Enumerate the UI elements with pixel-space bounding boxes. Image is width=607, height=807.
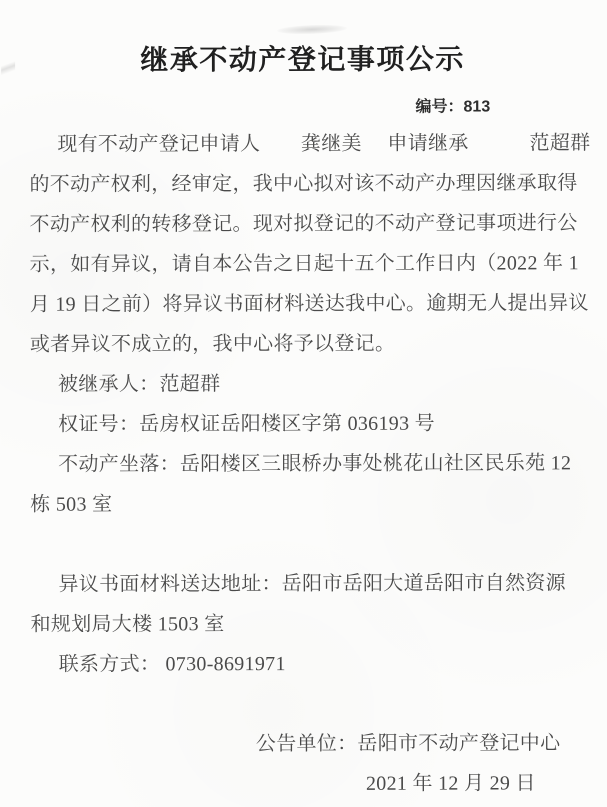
certificate-number-line: 权证号：岳房权证岳阳楼区字第 036193 号 bbox=[30, 403, 577, 444]
contact-line: 联系方式： 0730-8691971 bbox=[31, 643, 578, 684]
property-location-line: 不动产坐落：岳阳楼区三眼桥办事处桃花山社区民乐苑 12 bbox=[30, 443, 577, 484]
notice-body-line: 或者异议不成立的，我中心将予以登记。 bbox=[30, 323, 577, 364]
property-location-line-2: 栋 503 室 bbox=[30, 483, 577, 524]
scan-edge-artifact bbox=[1, 49, 15, 87]
decedent-line: 被继承人：范超群 bbox=[30, 363, 577, 404]
issuer-line: 公告单位：岳阳市不动产登记中心 bbox=[31, 723, 578, 764]
scanned-sheet: 继承不动产登记事项公示 编号：813 现有不动产登记申请人 龚继美 申请继承 范… bbox=[0, 0, 607, 807]
notice-body: 现有不动产登记申请人 龚继美 申请继承 范超群 的不动产权利，经审定，我中心拟对… bbox=[0, 123, 607, 805]
notice-number: 编号：813 bbox=[0, 93, 606, 118]
date-line: 2021 年 12 月 29 日 bbox=[31, 763, 578, 804]
notice-body-line: 示，如有异议，请自本公告之日起十五个工作日内（2022 年 1 bbox=[30, 243, 577, 284]
objection-address-line-2: 和规划局大楼 1503 室 bbox=[31, 603, 578, 644]
applicant-line: 现有不动产登记申请人 龚继美 申请继承 范超群 bbox=[29, 123, 576, 164]
notice-body-line: 不动产权利的转移登记。现对拟登记的不动产登记事项进行公 bbox=[29, 203, 576, 244]
notice-body-line: 的不动产权利，经审定，我中心拟对该不动产办理因继承取得 bbox=[29, 163, 576, 204]
blank-line bbox=[31, 683, 578, 724]
blank-line bbox=[30, 523, 577, 564]
notice-title: 继承不动产登记事项公示 bbox=[0, 0, 606, 79]
notice-document-page: 继承不动产登记事项公示 编号：813 现有不动产登记申请人 龚继美 申请继承 范… bbox=[0, 0, 607, 807]
notice-body-line: 月 19 日之前）将异议书面材料送达我中心。逾期无人提出异议 bbox=[30, 283, 577, 324]
objection-address-line: 异议书面材料送达地址：岳阳市岳阳大道岳阳市自然资源 bbox=[30, 563, 577, 604]
